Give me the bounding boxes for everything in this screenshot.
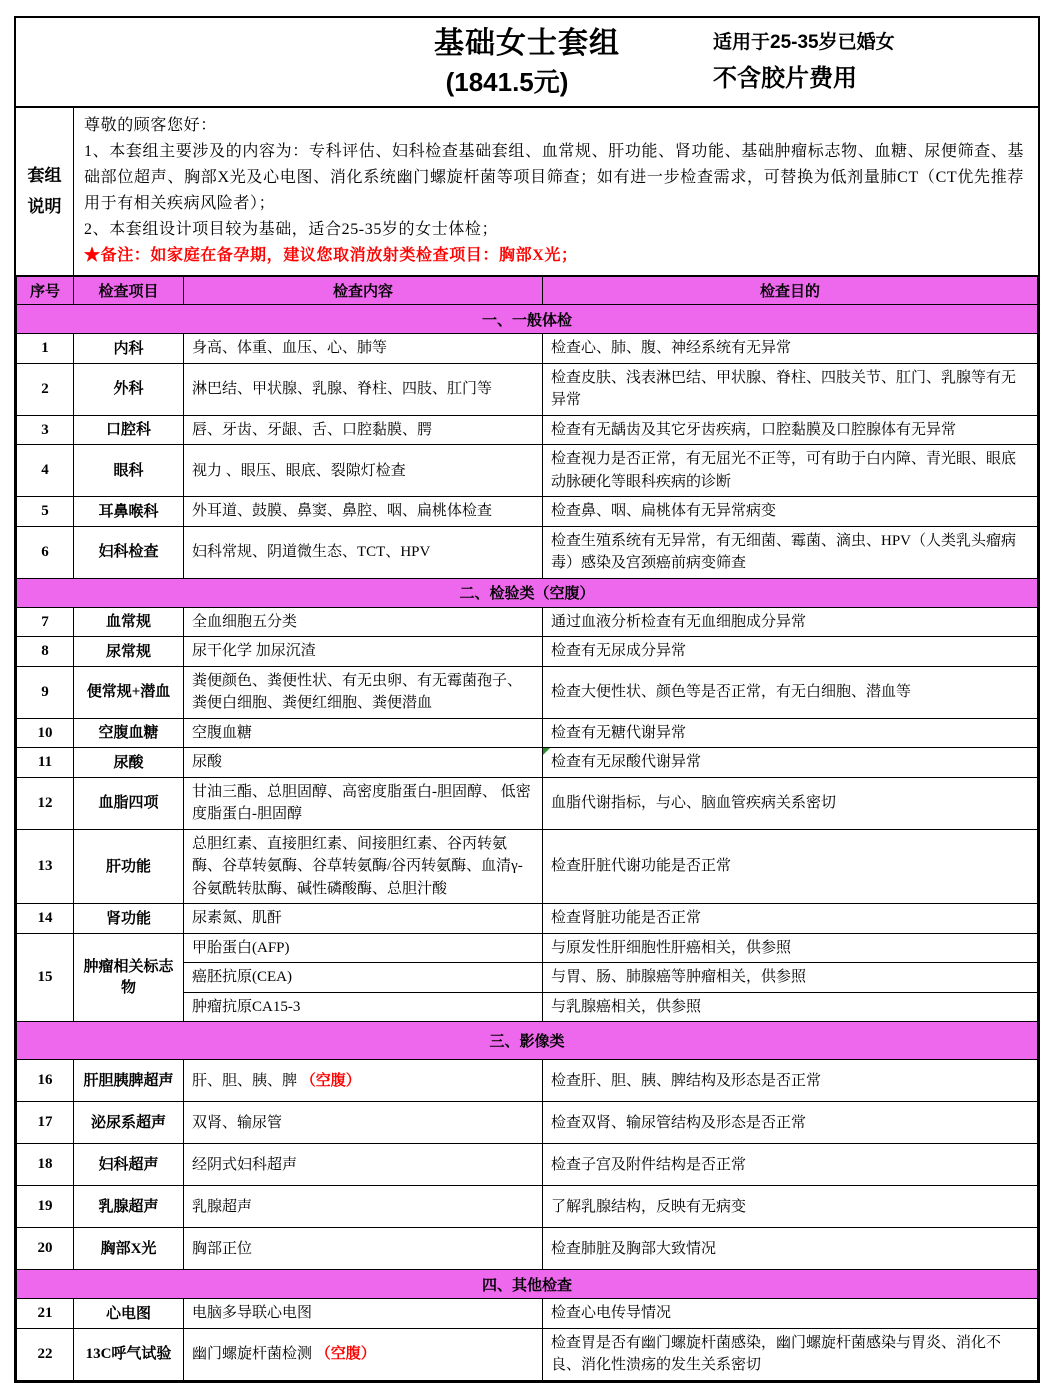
package-sheet: 基础女士套组 (1841.5元) 适用于25-35岁已婚女 不含胶片费用 套组说… [14, 16, 1040, 1383]
table-row: 2213C呼气试验幽门螺旋杆菌检测 （空腹）检查胃是否有幽门螺旋杆菌感染，幽门螺… [17, 1328, 1038, 1380]
exam-purpose-cell: 与乳腺癌相关，供参照 [543, 992, 1038, 1022]
exam-content-cell: 外耳道、鼓膜、鼻窦、鼻腔、咽、扁桃体检查 [184, 497, 543, 527]
row-number-cell: 10 [17, 718, 74, 748]
exam-item-cell: 尿酸 [74, 748, 184, 778]
exam-purpose-cell: 检查生殖系统有无异常，有无细菌、霉菌、滴虫、HPV（人类乳头瘤病毒）感染及宫颈癌… [543, 526, 1038, 578]
exam-purpose-cell: 血脂代谢指标，与心、脑血管疾病关系密切 [543, 777, 1038, 829]
table-row: 4眼科视力 、眼压、眼底、裂隙灯检查检查视力是否正常，有无屈光不正等，可有助于白… [17, 445, 1038, 497]
package-description-row: 套组说明 尊敬的顾客您好：1、本套组主要涉及的内容为：专科评估、妇科检查基础套组… [16, 108, 1038, 276]
exam-item-cell: 眼科 [74, 445, 184, 497]
description-line: 2、本套组设计项目较为基础，适合25-35岁的女士体检； [84, 217, 1024, 243]
exam-content-cell: 空腹血糖 [184, 718, 543, 748]
table-row: 17泌尿系超声双肾、输尿管检查双肾、输尿管结构及形态是否正常 [17, 1102, 1038, 1144]
column-header: 序号 [17, 277, 74, 305]
exam-content-cell: 粪便颜色、粪便性状、有无虫卵、有无霉菌孢子、粪便白细胞、粪便红细胞、粪便潜血 [184, 666, 543, 718]
row-number-cell: 15 [17, 933, 74, 1022]
row-number-cell: 21 [17, 1299, 74, 1329]
exam-content-cell: 甘油三酯、总胆固醇、高密度脂蛋白-胆固醇、 低密度脂蛋白-胆固醇 [184, 777, 543, 829]
exam-table: 序号检查项目检查内容检查目的 一、一般体检1内科身高、体重、血压、心、肺等检查心… [16, 276, 1038, 1381]
table-row: 12血脂四项甘油三酯、总胆固醇、高密度脂蛋白-胆固醇、 低密度脂蛋白-胆固醇血脂… [17, 777, 1038, 829]
exam-item-cell: 空腹血糖 [74, 718, 184, 748]
exam-content-cell: 视力 、眼压、眼底、裂隙灯检查 [184, 445, 543, 497]
section-band-title: 三、影像类 [17, 1022, 1038, 1060]
exam-content-cell: 全血细胞五分类 [184, 607, 543, 637]
exam-item-cell: 尿常规 [74, 637, 184, 667]
exam-purpose-cell: 检查双肾、输尿管结构及形态是否正常 [543, 1102, 1038, 1144]
exam-purpose-cell: 检查有无尿酸代谢异常 [543, 748, 1038, 778]
exam-purpose-cell: 通过血液分析检查有无血细胞成分异常 [543, 607, 1038, 637]
package-audience: 适用于25-35岁已婚女 [713, 33, 895, 52]
comment-marker-icon [543, 748, 550, 755]
row-number-cell: 9 [17, 666, 74, 718]
row-number-cell: 19 [17, 1186, 74, 1228]
exam-purpose-cell: 检查有无尿成分异常 [543, 637, 1038, 667]
exam-content-cell: 乳腺超声 [184, 1186, 543, 1228]
section-band-title: 二、检验类（空腹） [17, 578, 1038, 607]
exam-item-cell: 外科 [74, 363, 184, 415]
exam-purpose-cell: 检查视力是否正常，有无屈光不正等，可有助于白内障、青光眼、眼底动脉硬化等眼科疾病… [543, 445, 1038, 497]
exam-purpose-cell: 了解乳腺结构，反映有无病变 [543, 1186, 1038, 1228]
exam-purpose-cell: 与原发性肝细胞性肝癌相关，供参照 [543, 933, 1038, 963]
exam-content-cell: 双肾、输尿管 [184, 1102, 543, 1144]
row-number-cell: 18 [17, 1144, 74, 1186]
table-row: 3口腔科唇、牙齿、牙龈、舌、口腔黏膜、腭检查有无龋齿及其它牙齿疾病，口腔黏膜及口… [17, 415, 1038, 445]
section-band: 二、检验类（空腹） [17, 578, 1038, 607]
exam-item-cell: 便常规+潜血 [74, 666, 184, 718]
exam-section: 四、其他检查21心电图电脑多导联心电图检查心电传导情况2213C呼气试验幽门螺旋… [17, 1270, 1038, 1381]
description-line: 1、本套组主要涉及的内容为：专科评估、妇科检查基础套组、血常规、肝功能、肾功能、… [84, 139, 1024, 217]
exam-item-cell: 乳腺超声 [74, 1186, 184, 1228]
exam-section: 三、影像类16肝胆胰脾超声肝、胆、胰、脾 （空腹）检查肝、胆、胰、脾结构及形态是… [17, 1022, 1038, 1270]
table-row: 7血常规全血细胞五分类通过血液分析检查有无血细胞成分异常 [17, 607, 1038, 637]
exam-content-cell: 肿瘤抗原CA15-3 [184, 992, 543, 1022]
header-band: 基础女士套组 (1841.5元) 适用于25-35岁已婚女 不含胶片费用 [16, 18, 1038, 108]
column-header: 检查内容 [184, 277, 543, 305]
exam-item-cell: 心电图 [74, 1299, 184, 1329]
exam-item-cell: 肝胆胰脾超声 [74, 1060, 184, 1102]
exam-item-cell: 内科 [74, 334, 184, 364]
table-row: 20胸部X光胸部正位检查肺脏及胸部大致情况 [17, 1228, 1038, 1270]
row-number-cell: 11 [17, 748, 74, 778]
exam-content-cell: 唇、牙齿、牙龈、舌、口腔黏膜、腭 [184, 415, 543, 445]
exam-content-cell: 淋巴结、甲状腺、乳腺、脊柱、四肢、肛门等 [184, 363, 543, 415]
row-number-cell: 14 [17, 904, 74, 934]
section-band-title: 一、一般体检 [17, 305, 1038, 334]
exam-content-cell: 胸部正位 [184, 1228, 543, 1270]
table-row: 19乳腺超声乳腺超声了解乳腺结构，反映有无病变 [17, 1186, 1038, 1228]
row-number-cell: 16 [17, 1060, 74, 1102]
exam-section: 二、检验类（空腹）7血常规全血细胞五分类通过血液分析检查有无血细胞成分异常8尿常… [17, 578, 1038, 1022]
table-row: 2外科淋巴结、甲状腺、乳腺、脊柱、四肢、肛门等检查皮肤、浅表淋巴结、甲状腺、脊柱… [17, 363, 1038, 415]
exam-content-cell: 肝、胆、胰、脾 （空腹） [184, 1060, 543, 1102]
exam-content-cell: 尿酸 [184, 748, 543, 778]
table-row: 21心电图电脑多导联心电图检查心电传导情况 [17, 1299, 1038, 1329]
table-row: 9便常规+潜血粪便颜色、粪便性状、有无虫卵、有无霉菌孢子、粪便白细胞、粪便红细胞… [17, 666, 1038, 718]
exam-purpose-cell: 检查子宫及附件结构是否正常 [543, 1144, 1038, 1186]
table-row: 15肿瘤相关标志物甲胎蛋白(AFP)与原发性肝细胞性肝癌相关，供参照 [17, 933, 1038, 963]
package-title: 基础女士套组 [434, 29, 620, 59]
exam-section: 一、一般体检1内科身高、体重、血压、心、肺等检查心、肺、腹、神经系统有无异常2外… [17, 305, 1038, 579]
exam-content-cell: 总胆红素、直接胆红素、间接胆红素、谷丙转氨酶、谷草转氨酶、谷草转氨酶/谷丙转氨酶… [184, 829, 543, 904]
exam-content-cell: 甲胎蛋白(AFP) [184, 933, 543, 963]
exam-content-cell: 妇科常规、阴道微生态、TCT、HPV [184, 526, 543, 578]
fasting-note: （空腹） [301, 1073, 361, 1089]
row-number-cell: 7 [17, 607, 74, 637]
row-number-cell: 6 [17, 526, 74, 578]
exam-purpose-cell: 检查大便性状、颜色等是否正常，有无白细胞、潜血等 [543, 666, 1038, 718]
exam-purpose-cell: 检查有无龋齿及其它牙齿疾病，口腔黏膜及口腔腺体有无异常 [543, 415, 1038, 445]
exam-purpose-cell: 检查肺脏及胸部大致情况 [543, 1228, 1038, 1270]
exam-content-cell: 经阴式妇科超声 [184, 1144, 543, 1186]
table-row: 8尿常规尿干化学 加尿沉渣检查有无尿成分异常 [17, 637, 1038, 667]
exam-item-cell: 妇科检查 [74, 526, 184, 578]
exam-item-cell: 口腔科 [74, 415, 184, 445]
table-row: 13肝功能总胆红素、直接胆红素、间接胆红素、谷丙转氨酶、谷草转氨酶、谷草转氨酶/… [17, 829, 1038, 904]
table-row: 14肾功能尿素氮、肌酐检查肾脏功能是否正常 [17, 904, 1038, 934]
row-number-cell: 2 [17, 363, 74, 415]
exam-content-cell: 癌胚抗原(CEA) [184, 963, 543, 993]
row-number-cell: 20 [17, 1228, 74, 1270]
column-header: 检查目的 [543, 277, 1038, 305]
row-number-cell: 5 [17, 497, 74, 527]
table-row: 16肝胆胰脾超声肝、胆、胰、脾 （空腹）检查肝、胆、胰、脾结构及形态是否正常 [17, 1060, 1038, 1102]
package-price: (1841.5元) [446, 69, 569, 95]
row-number-cell: 13 [17, 829, 74, 904]
exam-purpose-cell: 检查肾脏功能是否正常 [543, 904, 1038, 934]
exam-item-cell: 血脂四项 [74, 777, 184, 829]
exam-item-cell: 肿瘤相关标志物 [74, 933, 184, 1022]
exam-content-cell: 尿干化学 加尿沉渣 [184, 637, 543, 667]
row-number-cell: 4 [17, 445, 74, 497]
table-row: 5耳鼻喉科外耳道、鼓膜、鼻窦、鼻腔、咽、扁桃体检查检查鼻、咽、扁桃体有无异常病变 [17, 497, 1038, 527]
fasting-note: （空腹） [316, 1346, 376, 1362]
section-band-title: 四、其他检查 [17, 1270, 1038, 1299]
description-label: 套组说明 [27, 161, 63, 222]
exam-content-cell: 幽门螺旋杆菌检测 （空腹） [184, 1328, 543, 1380]
exam-purpose-cell: 检查皮肤、浅表淋巴结、甲状腺、脊柱、四肢关节、肛门、乳腺等有无异常 [543, 363, 1038, 415]
table-row: 1内科身高、体重、血压、心、肺等检查心、肺、腹、神经系统有无异常 [17, 334, 1038, 364]
exam-item-cell: 13C呼气试验 [74, 1328, 184, 1380]
exam-content-cell: 电脑多导联心电图 [184, 1299, 543, 1329]
section-band: 四、其他检查 [17, 1270, 1038, 1299]
exam-item-cell: 耳鼻喉科 [74, 497, 184, 527]
exam-item-cell: 肾功能 [74, 904, 184, 934]
exam-content-cell: 尿素氮、肌酐 [184, 904, 543, 934]
section-band: 三、影像类 [17, 1022, 1038, 1060]
table-row: 18妇科超声经阴式妇科超声检查子宫及附件结构是否正常 [17, 1144, 1038, 1186]
film-fee-note: 不含胶片费用 [713, 67, 857, 91]
table-row: 10空腹血糖空腹血糖检查有无糖代谢异常 [17, 718, 1038, 748]
row-number-cell: 17 [17, 1102, 74, 1144]
table-row: 6妇科检查妇科常规、阴道微生态、TCT、HPV检查生殖系统有无异常，有无细菌、霉… [17, 526, 1038, 578]
description-line: ★备注：如家庭在备孕期，建议您取消放射类检查项目：胸部X光； [84, 243, 1024, 269]
row-number-cell: 22 [17, 1328, 74, 1380]
exam-content-cell: 身高、体重、血压、心、肺等 [184, 334, 543, 364]
exam-purpose-cell: 与胃、肠、肺腺癌等肿瘤相关，供参照 [543, 963, 1038, 993]
exam-table-header: 序号检查项目检查内容检查目的 [17, 277, 1038, 305]
description-line: 尊敬的顾客您好： [84, 113, 1024, 139]
section-band: 一、一般体检 [17, 305, 1038, 334]
exam-purpose-cell: 检查肝脏代谢功能是否正常 [543, 829, 1038, 904]
exam-purpose-cell: 检查心、肺、腹、神经系统有无异常 [543, 334, 1038, 364]
exam-item-cell: 胸部X光 [74, 1228, 184, 1270]
row-number-cell: 12 [17, 777, 74, 829]
exam-purpose-cell: 检查鼻、咽、扁桃体有无异常病变 [543, 497, 1038, 527]
table-row: 11尿酸尿酸检查有无尿酸代谢异常 [17, 748, 1038, 778]
package-description-text: 尊敬的顾客您好：1、本套组主要涉及的内容为：专科评估、妇科检查基础套组、血常规、… [74, 108, 1038, 275]
exam-purpose-cell: 检查胃是否有幽门螺旋杆菌感染，幽门螺旋杆菌感染与胃炎、消化不良、消化性溃疡的发生… [543, 1328, 1038, 1380]
column-header-row: 序号检查项目检查内容检查目的 [17, 277, 1038, 305]
exam-purpose-cell: 检查有无糖代谢异常 [543, 718, 1038, 748]
exam-item-cell: 妇科超声 [74, 1144, 184, 1186]
description-label-cell: 套组说明 [16, 108, 74, 275]
row-number-cell: 3 [17, 415, 74, 445]
exam-item-cell: 血常规 [74, 607, 184, 637]
exam-item-cell: 肝功能 [74, 829, 184, 904]
exam-item-cell: 泌尿系超声 [74, 1102, 184, 1144]
header-right-block: 适用于25-35岁已婚女 不含胶片费用 [713, 18, 895, 106]
row-number-cell: 1 [17, 334, 74, 364]
column-header: 检查项目 [74, 277, 184, 305]
exam-purpose-cell: 检查心电传导情况 [543, 1299, 1038, 1329]
row-number-cell: 8 [17, 637, 74, 667]
exam-purpose-cell: 检查肝、胆、胰、脾结构及形态是否正常 [543, 1060, 1038, 1102]
